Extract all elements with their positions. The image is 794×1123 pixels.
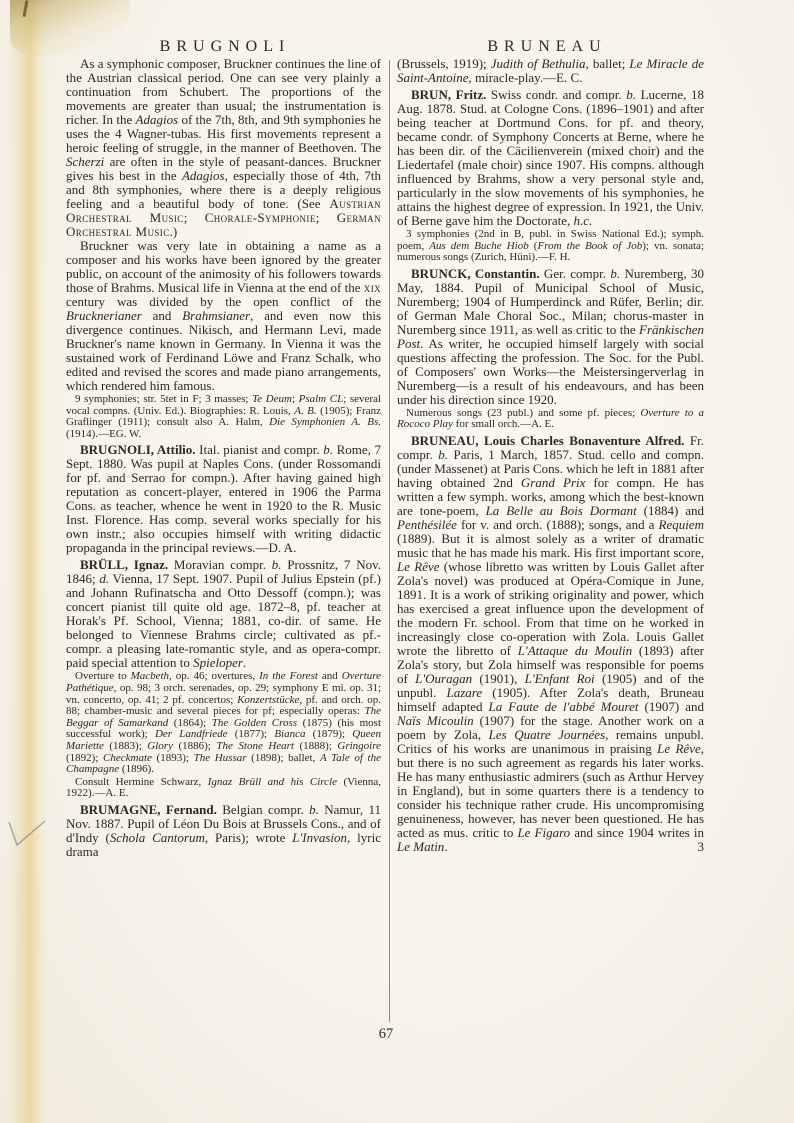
text-segment: Der Landfriede [155,728,228,740]
pen-mark [6,818,50,850]
page-corner-crease [23,0,29,17]
text-segment: Naïs Micoulin [397,713,474,728]
page-corner-shadow [10,0,130,56]
text-segment: The Stone Heart [216,740,294,752]
text-segment: BRUNEAU, Louis Charles Bonaventure Alfre… [411,433,684,448]
text-segment: L'Invasion [292,830,347,845]
text-segment: Schola Cantorum [110,830,205,845]
text-segment: b. [626,87,636,102]
text-segment: Ignaz Brüll and his Circle [208,776,337,788]
text-segment: Die Symphonien A. Bs. [269,416,381,428]
text-segment: Chorale-Symphonie [205,210,316,225]
bruckner-article-para-1: As a symphonic composer, Bruckner contin… [66,57,381,239]
text-segment: Le Figaro [517,825,570,840]
text-segment: h.c. [574,213,593,228]
text-column-right: (Brussels, 1919); Judith of Bethulia, ba… [397,57,704,854]
text-segment: and [142,308,182,323]
text-segment: Lazare [446,685,482,700]
text-segment: (1864); [168,717,212,729]
text-segment: Aus dem Buche Hiob [429,240,529,252]
text-segment: Adagios [182,168,225,183]
bruckner-works-list: 9 symphonies; str. 5tet in F; 3 masses; … [66,394,381,440]
text-segment: century was divided by the open conflict… [66,294,381,309]
text-segment: b. [610,266,620,281]
text-segment: ; [184,210,205,225]
text-segment: L'Ouragan [415,671,472,686]
text-segment: , miracle-play.—E. C. [469,70,583,85]
entry-brugnoli: BRUGNOLI, Attilio. Ital. pianist and com… [66,443,381,555]
text-segment: d. [99,571,109,586]
text-segment: b. [272,557,282,572]
text-segment: (1877); [228,728,275,740]
text-segment: Le Rêve [657,741,701,756]
text-segment: Le Matin [397,839,444,854]
bruckner-article-para-2: Bruckner was very late in obtaining a na… [66,239,381,393]
text-segment: (1889). But it is almost solely as a wri… [397,531,704,560]
text-segment: Lucerne, 18 Aug. 1878. Stud. at Cologne … [397,87,704,228]
text-segment: Judith of Bethulia [491,56,586,71]
text-segment: BRUNCK, Constantin. [411,266,540,281]
text-segment: and since 1904 writes in [570,825,704,840]
text-segment: L'Attaque du Moulin [518,643,632,658]
text-segment: .) [170,224,178,239]
entry-brumagne: BRUMAGNE, Fernand. Belgian compr. b. Nam… [66,803,381,859]
text-segment: Rome, 7 Sept. 1880. Was pupil at Naples … [66,442,381,555]
text-segment: L'Enfant Roi [525,671,595,686]
text-segment: , ballet; [586,56,630,71]
entry-bruneau: BRUNEAU, Louis Charles Bonaventure Alfre… [397,434,704,854]
text-segment: Penthésilée [397,517,457,532]
text-segment: Brucknerianer [66,308,142,323]
text-segment: La Faute de l'abbé Mouret [489,699,639,714]
running-head-left: BRUGNOLI [160,38,291,56]
text-segment: ; [292,393,299,405]
text-segment: The Hussar [194,752,247,764]
text-segment: Spieloper [193,655,243,670]
text-segment: b. [323,442,333,457]
signature-mark: 3 [684,840,705,854]
text-segment: Ital. pianist and compr. [196,442,324,457]
text-segment: (1896). [119,763,154,775]
text-segment: La Belle au Bois Dormant [486,503,637,518]
text-segment: and [318,670,342,682]
text-segment: , Paris); wrote [205,830,292,845]
text-segment: (1879); [305,728,352,740]
text-segment: Scherzi [66,154,104,169]
text-segment: (1892); [66,752,103,764]
text-segment: (1884) and [637,503,704,518]
text-segment: Moravian compr. [168,557,272,572]
text-segment: (1898); ballet, [247,752,321,764]
running-head-right: BRUNEAU [487,38,606,56]
text-segment: A. B. [294,405,316,417]
text-segment: Te Deum [252,393,292,405]
text-segment: BRUMAGNE, Fernand. [80,802,217,817]
column-divider-rule [389,60,390,1022]
text-segment: (1886); [173,740,216,752]
text-segment: (1901), [472,671,525,686]
text-segment: Bianca [274,728,305,740]
text-segment: BRUN, Fritz. [411,87,486,102]
entry-brull: BRÜLL, Ignaz. Moravian compr. b. Prossni… [66,558,381,670]
text-segment: . [243,655,246,670]
page-number: 67 [66,1026,706,1043]
text-segment: (1907) and [638,699,704,714]
text-column-left: As a symphonic composer, Bruckner contin… [66,57,381,859]
text-segment: , op. 46; overtures, [169,670,259,682]
text-segment: Gringoire [337,740,381,752]
text-segment: BRUGNOLI, Attilio. [80,442,196,457]
text-segment: Adagios [136,112,179,127]
text-segment: (1914).—EG. W. [66,428,141,440]
text-segment: b. [309,802,319,817]
text-segment: for small orch.—A. E. [453,418,554,430]
entry-brunck: BRUNCK, Constantin. Ger. compr. b. Nurem… [397,267,704,407]
text-segment: In the Forest [259,670,318,682]
text-segment: Macbeth [131,670,169,682]
text-segment: Psalm CL [299,393,344,405]
brull-consult-note: Consult Hermine Schwarz, Ignaz Brüll and… [66,777,381,800]
text-segment: BRÜLL, Ignaz. [80,557,168,572]
text-segment: . As writer, he occupied himself largely… [397,336,704,407]
text-segment: The Golden Cross [212,717,297,729]
text-segment: (1888); [294,740,337,752]
text-segment: Overture to [75,670,131,682]
text-segment: Ger. compr. [540,266,611,281]
text-segment: Requiem [659,517,704,532]
scanned-dictionary-page: { "page": { "running_head_left": "BRUGNO… [0,0,794,1123]
brumagne-continuation: (Brussels, 1919); Judith of Bethulia, ba… [397,57,704,85]
brun-works-list: 3 symphonies (2nd in B, publ. in Swiss N… [397,229,704,264]
text-segment: Brahmsianer [182,308,250,323]
text-segment: b. [438,447,448,462]
text-segment: (1893); [152,752,194,764]
brull-works-list: Overture to Macbeth, op. 46; overtures, … [66,671,381,775]
text-segment: Glory [147,740,173,752]
text-segment: Swiss condr. and compr. [486,87,626,102]
text-segment: Les Quatre Journées [489,727,605,742]
text-segment: xix [364,280,381,295]
text-segment: . [444,839,447,854]
text-segment: Numerous songs (23 publ.) and some pf. p… [406,407,640,419]
brunck-works-list: Numerous songs (23 publ.) and some pf. p… [397,408,704,431]
text-segment: Konzertstücke [237,694,299,706]
text-segment: Le Rêve [397,559,440,574]
text-segment: Consult Hermine Schwarz, [75,776,208,788]
entry-brun: BRUN, Fritz. Swiss condr. and compr. b. … [397,88,704,228]
text-segment: (Brussels, 1919); [397,56,491,71]
text-segment: (1883); [104,740,147,752]
text-segment: Checkmate [103,752,152,764]
book-page-edge [8,0,50,1123]
text-segment: Belgian compr. [217,802,309,817]
text-segment: Bruckner was very late in obtaining a na… [66,238,381,295]
text-segment: 9 symphonies; str. 5tet in F; 3 masses; [75,393,252,405]
text-segment: Grand Prix [521,475,585,490]
text-segment: From the Book of Job [537,240,642,252]
text-segment: for v. and orch. (1888); songs, and a [457,517,659,532]
text-segment: ; [316,210,337,225]
